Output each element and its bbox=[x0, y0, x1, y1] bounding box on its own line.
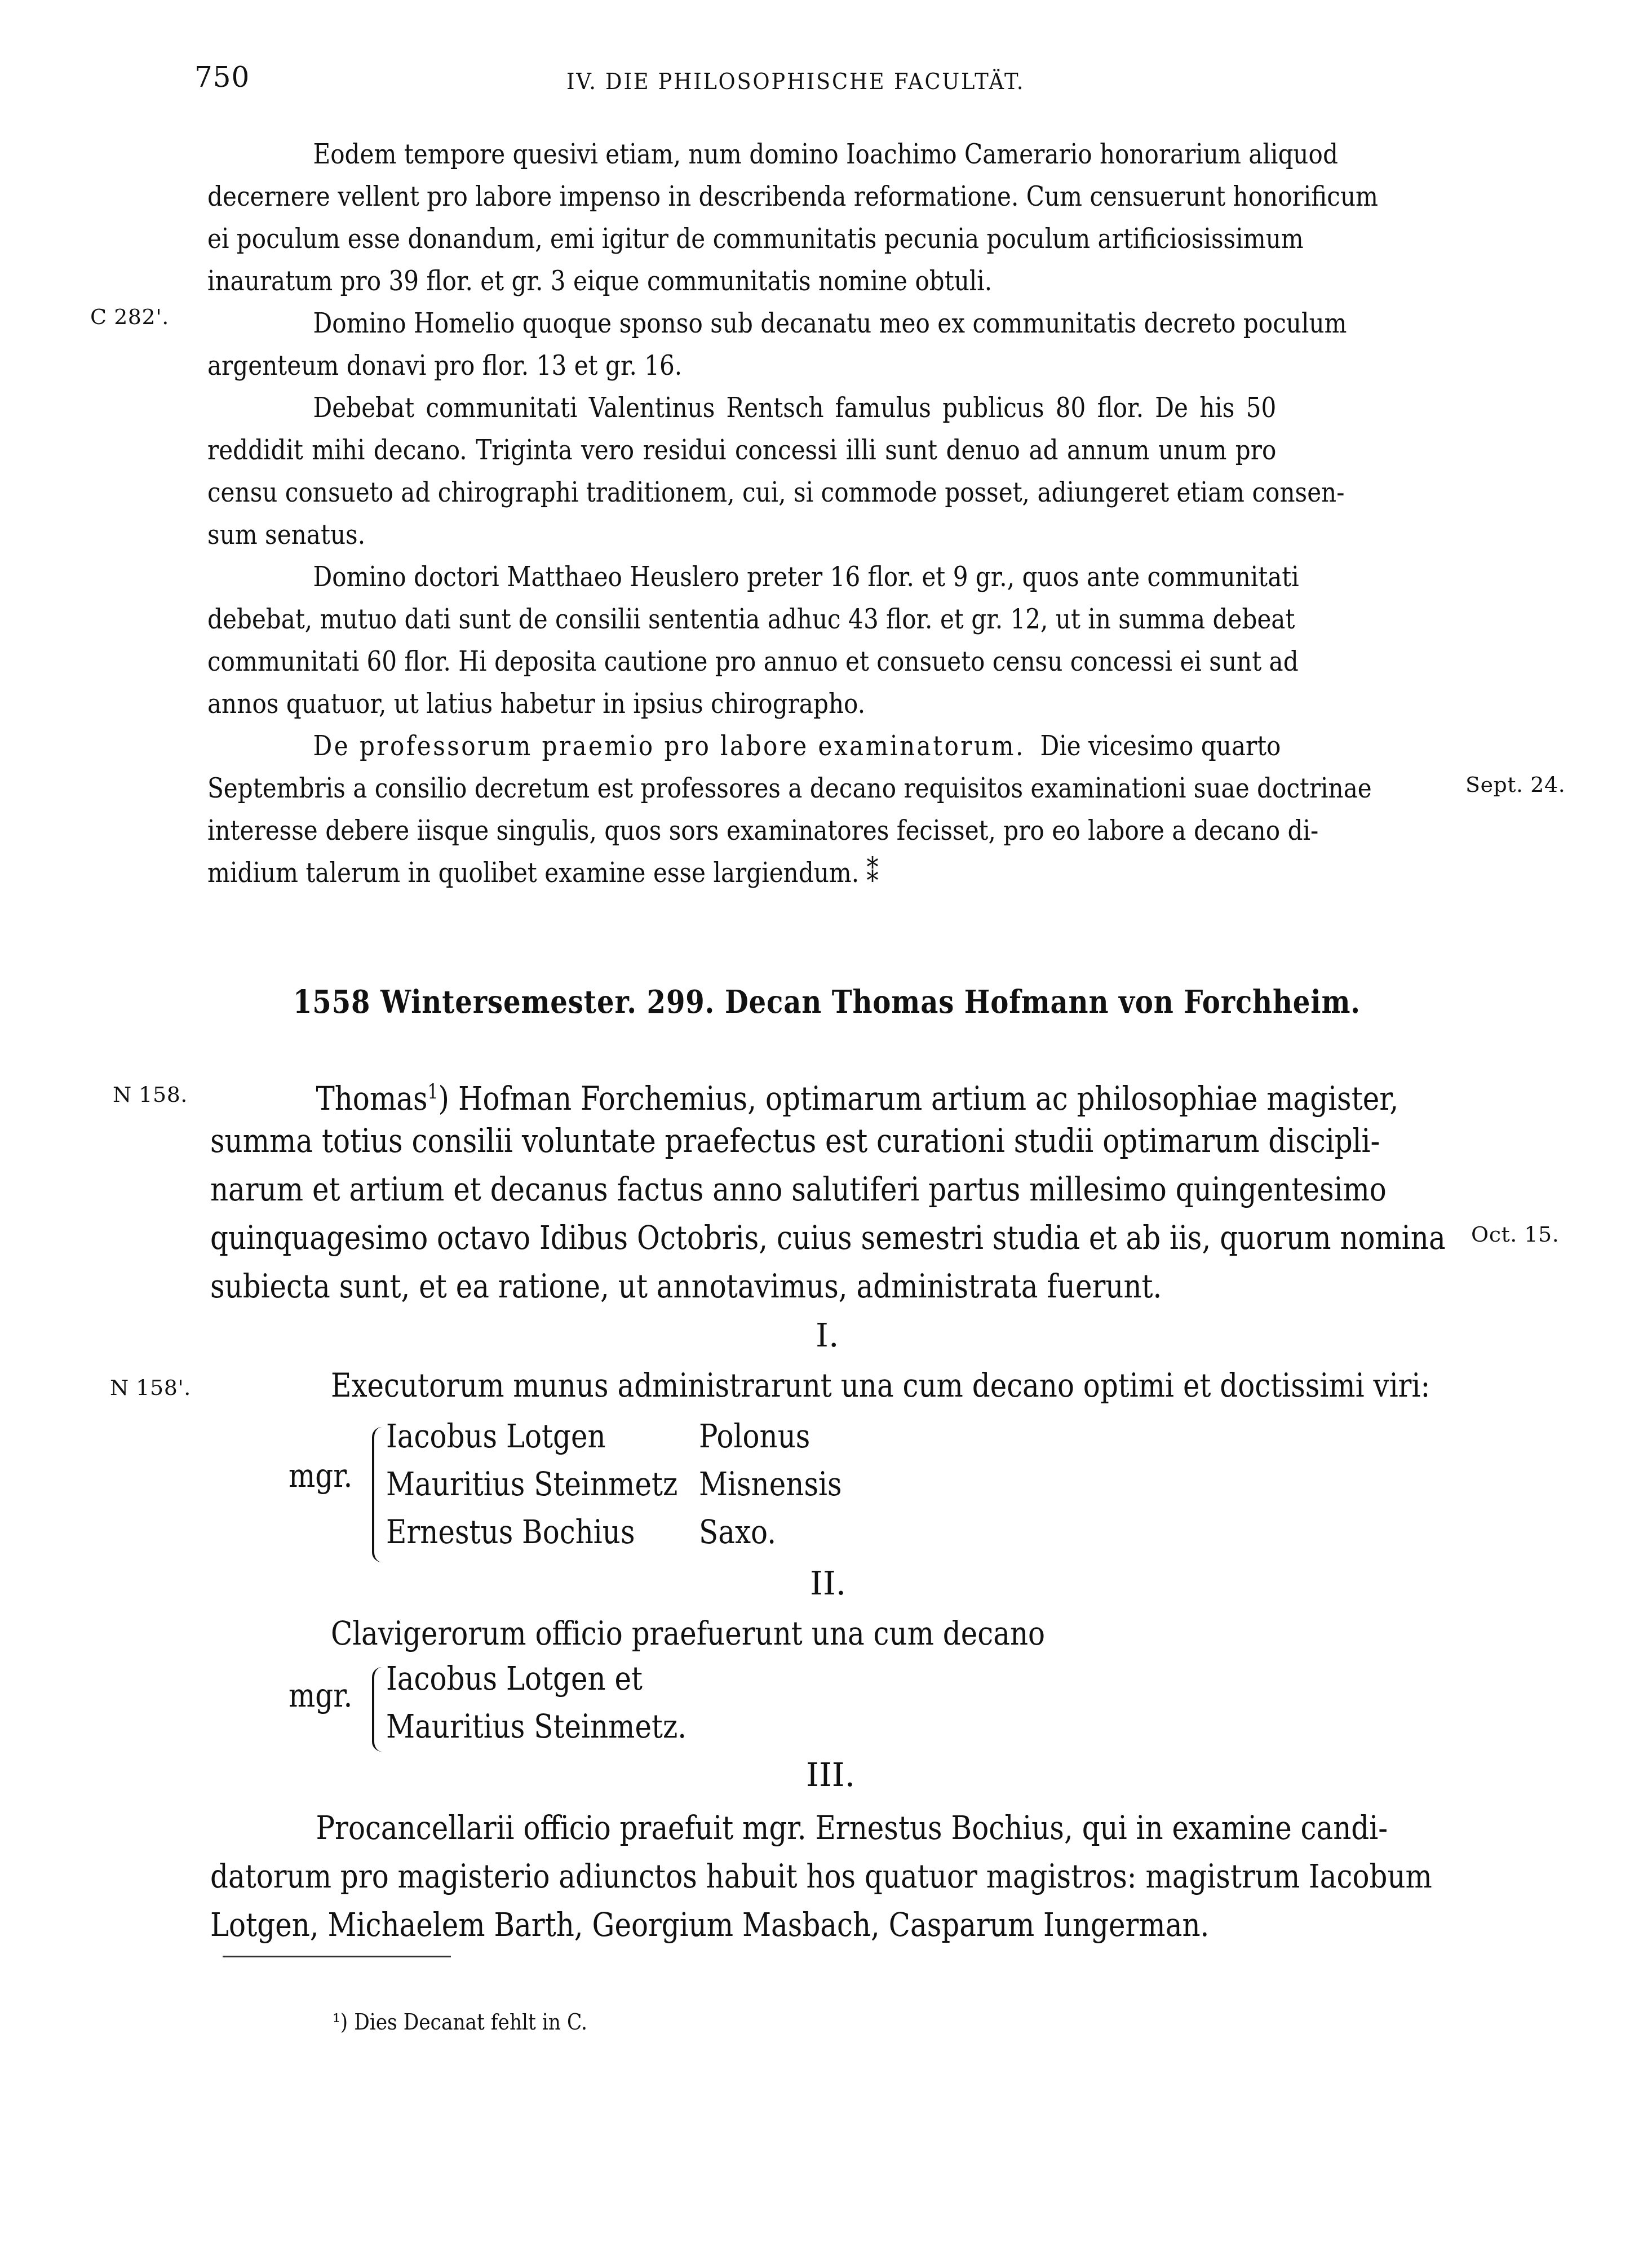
person-name: Iacobus Lotgen bbox=[386, 1412, 606, 1460]
paragraph-homelio: Domino Homelio quoque sponso sub decanat… bbox=[207, 302, 1276, 387]
paragraph-rentsch: Debebat communitati Valentinus Rentsch f… bbox=[207, 387, 1276, 556]
footnote-marker: ¹) bbox=[333, 2009, 348, 2035]
text-line: subiecta sunt, et ea ratione, ut annotav… bbox=[210, 1262, 1277, 1310]
section-numeral: III. bbox=[806, 1756, 855, 1794]
text-line: censu consueto ad chirographi traditione… bbox=[207, 471, 1276, 513]
footnote-rule bbox=[223, 1956, 451, 1957]
person-name: Ernestus Bochius bbox=[386, 1508, 635, 1556]
person-name: Mauritius Steinmetz bbox=[386, 1460, 677, 1508]
person-origin: Polonus bbox=[699, 1412, 810, 1460]
text-line: Thomas1) Hofman Forchemius, optimarum ar… bbox=[210, 1068, 1277, 1116]
text-line: inauratum pro 39 flor. et gr. 3 eique co… bbox=[207, 260, 1276, 302]
paragraph-camerario: Eodem tempore quesivi etiam, num domino … bbox=[207, 133, 1276, 302]
section-lead: De professorum praemio pro labore examin… bbox=[313, 730, 1025, 762]
text-line: datorum pro magisterio adiunctos habuit … bbox=[210, 1852, 1277, 1900]
margin-note: N 158. bbox=[113, 1082, 188, 1107]
person-origin: Misnensis bbox=[699, 1460, 842, 1508]
text-line: Procancellarii officio praefuit mgr. Ern… bbox=[210, 1804, 1277, 1852]
text-line: argenteum donavi pro flor. 13 et gr. 16. bbox=[207, 344, 1276, 387]
text-line: sum senatus. bbox=[207, 513, 1276, 556]
text-line: midium talerum in quolibet examine esse … bbox=[207, 852, 1276, 894]
text-line: De professorum praemio pro labore examin… bbox=[207, 725, 1276, 767]
mgr-prefix: mgr. bbox=[289, 1451, 352, 1500]
margin-note: N 158'. bbox=[110, 1375, 191, 1400]
text-line: Debebat communitati Valentinus Rentsch f… bbox=[207, 387, 1276, 429]
text-line: summa totius consilii voluntate praefect… bbox=[210, 1116, 1277, 1165]
margin-note-right: Sept. 24. bbox=[1465, 772, 1565, 797]
paragraph-heuslero: Domino doctori Matthaeo Heuslero preter … bbox=[207, 556, 1276, 725]
footnote-ref: 1 bbox=[428, 1081, 439, 1104]
section-numeral: I. bbox=[816, 1316, 839, 1354]
text-line: Septembris a consilio decretum est profe… bbox=[207, 767, 1276, 809]
text-line: narum et artium et decanus factus anno s… bbox=[210, 1165, 1277, 1213]
paragraph-professorum: De professorum praemio pro labore examin… bbox=[207, 725, 1276, 894]
text-line: debebat, mutuo dati sunt de consilii sen… bbox=[207, 598, 1276, 640]
clavigerorum-line: Clavigerorum officio praefuerunt una cum… bbox=[331, 1609, 1045, 1658]
text-line: Domino Homelio quoque sponso sub decanat… bbox=[207, 302, 1276, 344]
text-line: Eodem tempore quesivi etiam, num domino … bbox=[207, 133, 1276, 175]
text-line: interesse debere iisque singulis, quos s… bbox=[207, 809, 1276, 852]
end-mark: ⁑ bbox=[867, 857, 879, 889]
page-number: 750 bbox=[194, 61, 250, 94]
footnote: ¹) Dies Decanat fehlt in C. bbox=[333, 2009, 587, 2035]
person-origin: Saxo. bbox=[699, 1508, 776, 1556]
mgr-prefix: mgr. bbox=[289, 1671, 352, 1720]
footnote-text: Dies Decanat fehlt in C. bbox=[354, 2009, 587, 2035]
running-title: IV. DIE PHILOSOPHISCHE FACULTÄT. bbox=[566, 69, 1025, 95]
text-line: Lotgen, Michaelem Barth, Georgium Masbac… bbox=[210, 1900, 1277, 1949]
text-line: decernere vellent pro labore impenso in … bbox=[207, 175, 1276, 218]
brace bbox=[372, 1427, 382, 1562]
executorum-line: Executorum munus administrarunt una cum … bbox=[331, 1361, 1430, 1410]
brace bbox=[372, 1667, 382, 1752]
section-numeral: II. bbox=[810, 1564, 846, 1602]
margin-note-right: Oct. 15. bbox=[1471, 1222, 1559, 1247]
text-line: reddidit mihi decano. Triginta vero resi… bbox=[207, 429, 1276, 471]
paragraph-procancellarii: Procancellarii officio praefuit mgr. Ern… bbox=[210, 1804, 1277, 1949]
paragraph-thomas: Thomas1) Hofman Forchemius, optimarum ar… bbox=[210, 1068, 1277, 1310]
margin-note: C 282'. bbox=[90, 304, 169, 329]
text-line: Domino doctori Matthaeo Heuslero preter … bbox=[207, 556, 1276, 598]
text-line: communitati 60 flor. Hi deposita caution… bbox=[207, 640, 1276, 683]
section-heading: 1558 Wintersemester. 299. Decan Thomas H… bbox=[293, 983, 1361, 1021]
person-name: Iacobus Lotgen et bbox=[386, 1654, 643, 1703]
text-line: quinquagesimo octavo Idibus Octobris, cu… bbox=[210, 1213, 1277, 1262]
text-line: ei poculum esse donandum, emi igitur de … bbox=[207, 218, 1276, 260]
person-name: Mauritius Steinmetz. bbox=[386, 1702, 687, 1751]
text-line: annos quatuor, ut latius habetur in ipsi… bbox=[207, 683, 1276, 725]
